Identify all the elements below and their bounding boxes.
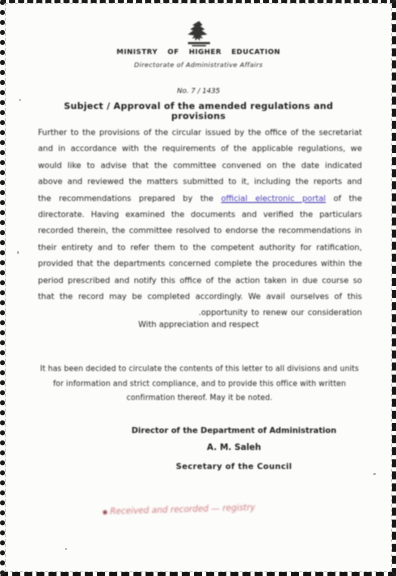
circulation-paragraph: It has been decided to circulate the con… [39,362,360,406]
signature-block: Director of the Department of Administra… [118,424,350,473]
subject-line: Subject / Approval of the amended regula… [45,102,352,122]
scanned-letter-page: MINISTRY OF HIGHER EDUCATION Directorate… [0,0,396,576]
scan-speck [19,99,21,101]
letterhead-line-2: Directorate of Administrative Affairs [5,61,392,69]
body-paragraph: Further to the provisions of the circula… [38,125,362,319]
scan-speck [65,548,67,550]
signature-role: Secretary of the Council [118,460,350,473]
scan-speck [373,473,376,475]
closing-line: With appreciation and respect [5,320,392,329]
body-text-after-link: of the directorate. Having examined the … [38,194,362,318]
signature-title: Director of the Department of Administra… [118,424,350,437]
red-annotation-text: Received and recorded — registry [110,503,255,517]
scan-speck [17,251,19,254]
signature-name: A. M. Saleh [118,442,350,455]
letterhead-reference-number: No. 7 / 1435 [5,87,392,95]
ink-dot-icon [103,510,107,514]
inline-link[interactable]: official electronic portal [221,194,326,203]
body-text-before-link: Further to the provisions of the circula… [38,128,362,203]
red-annotation: Received and recorded — registry [103,503,273,518]
eagle-crest-emblem-icon [182,20,216,47]
letterhead-line-1: MINISTRY OF HIGHER EDUCATION [5,48,392,56]
